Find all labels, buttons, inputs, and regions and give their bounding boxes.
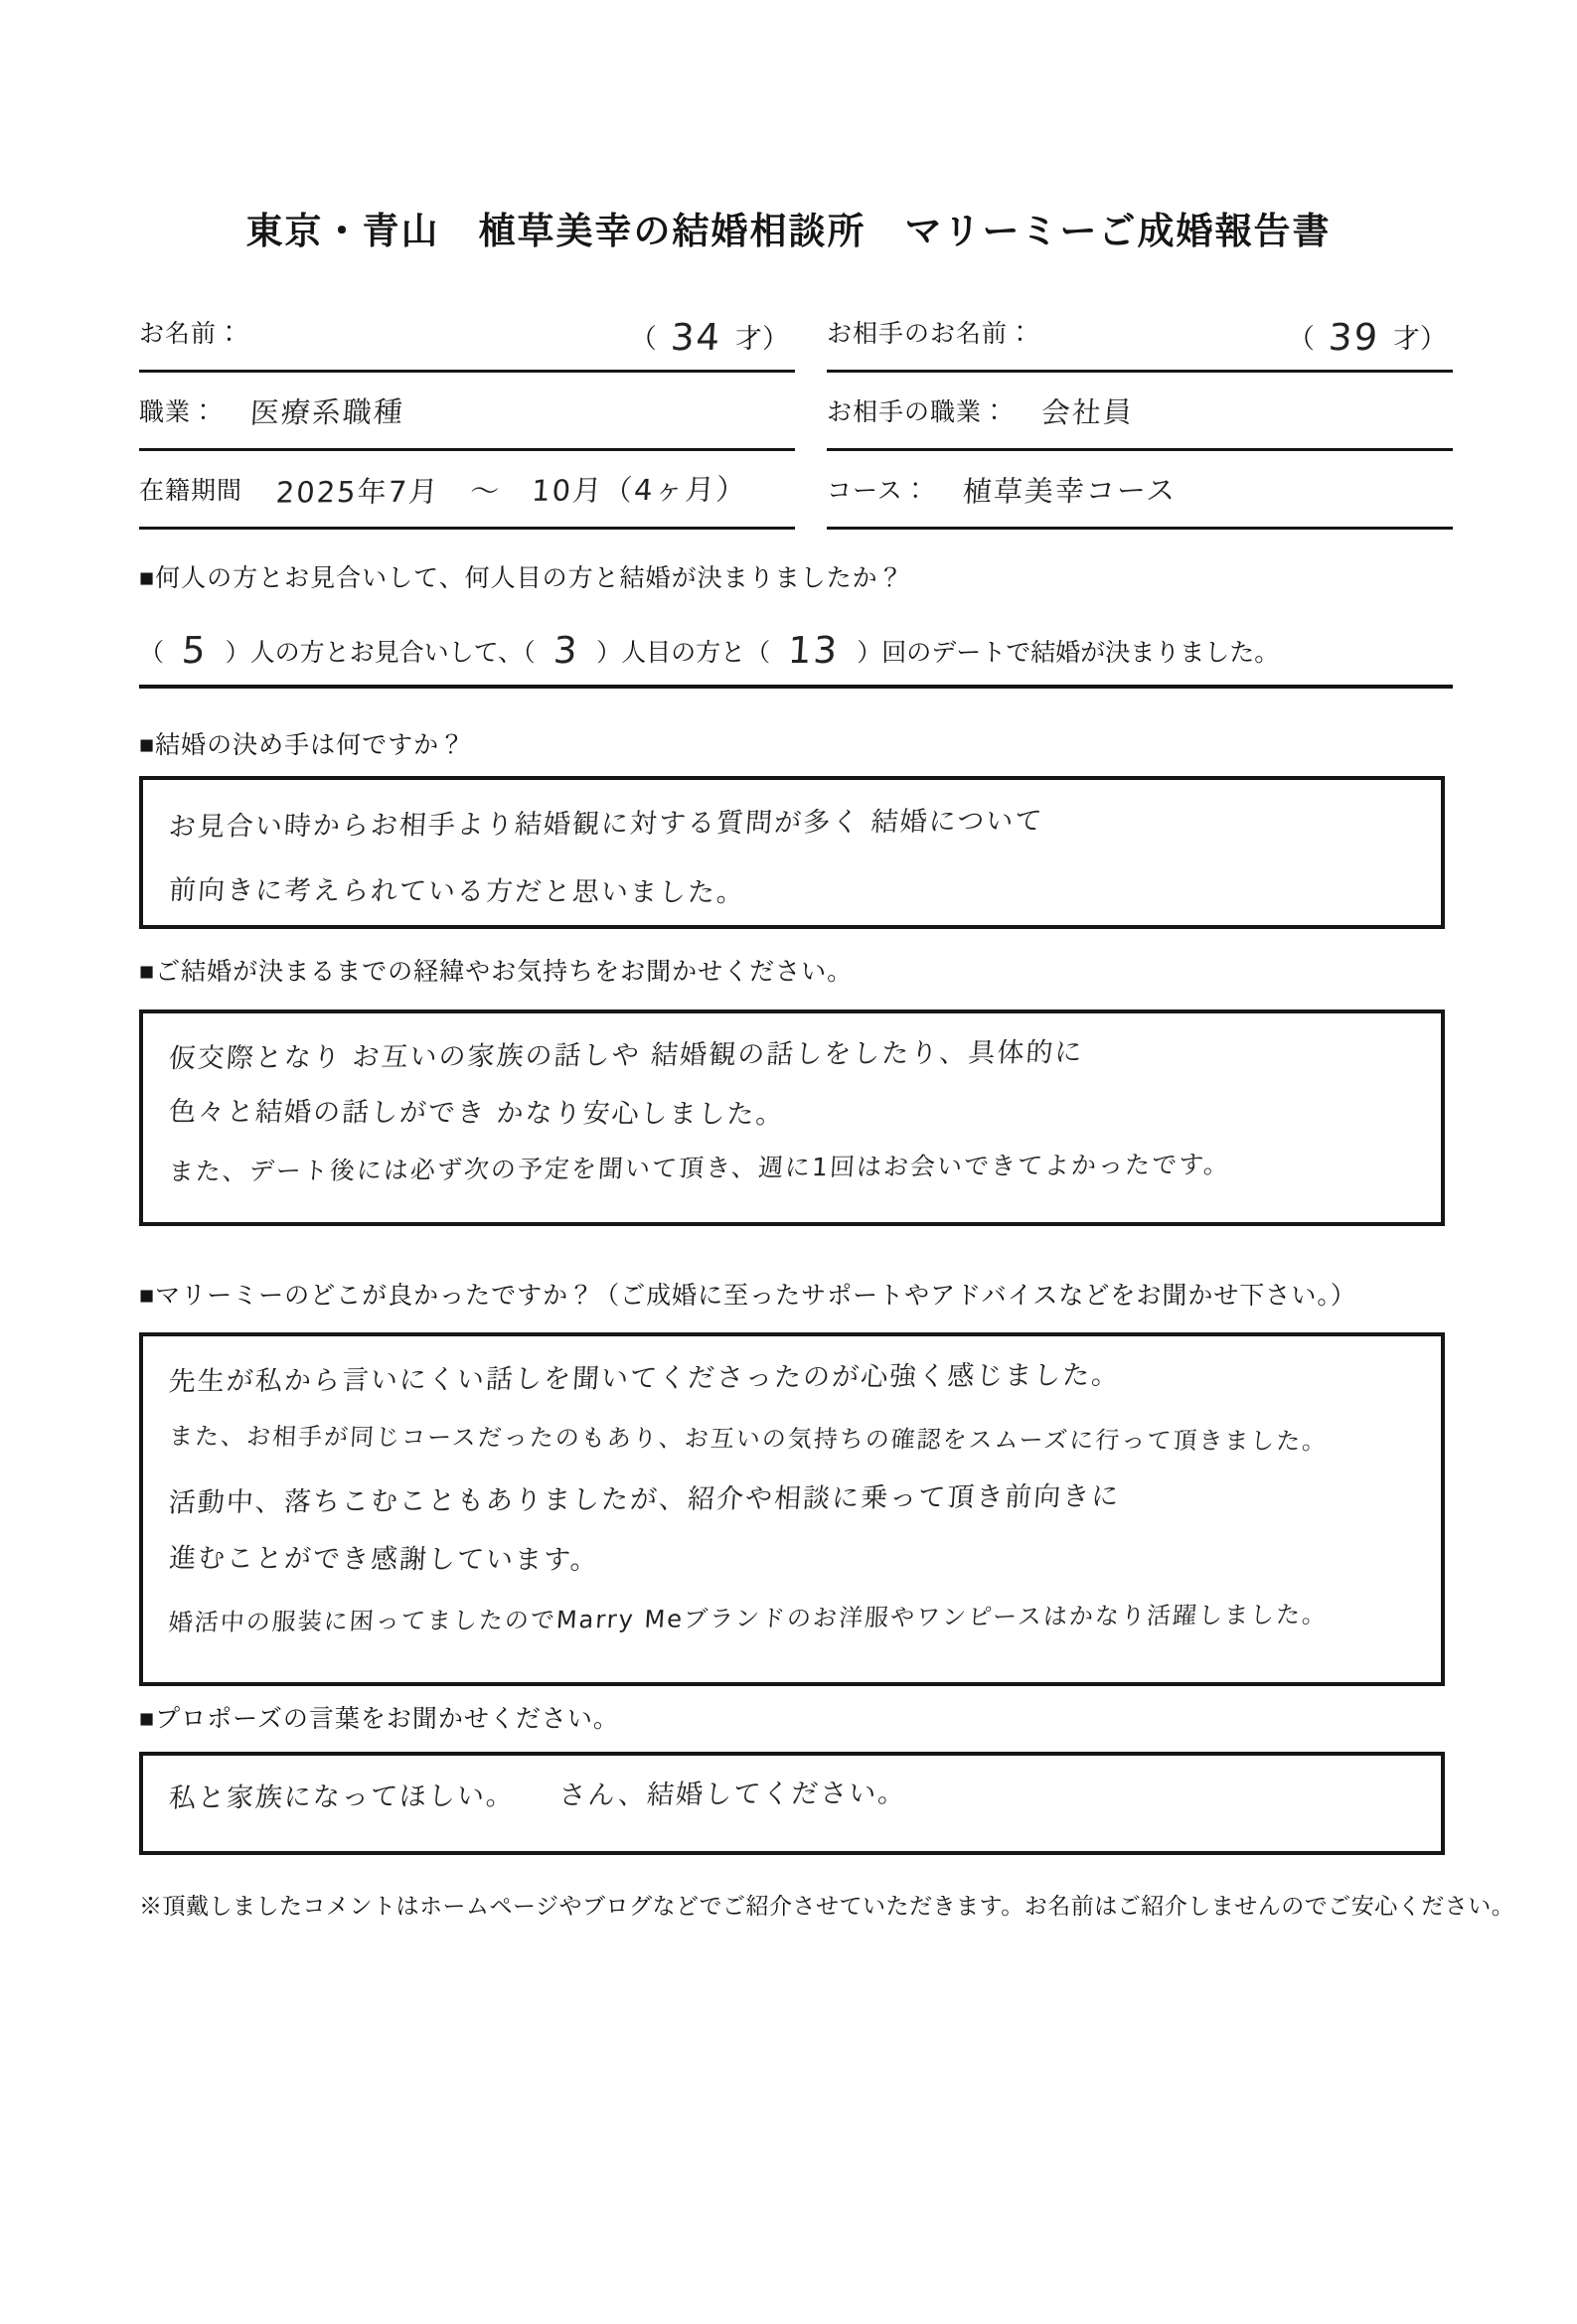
answer-box-deciding-factor: お見合い時からお相手より結婚観に対する質問が多く 結婚について 前向きに考えられ… (139, 776, 1445, 929)
handwritten-count-dates: 13 (787, 632, 840, 669)
handwritten-age: 39 (1328, 319, 1380, 356)
field-partner-name: お相手のお名前： （ 39 才） (827, 294, 1453, 373)
omiai-stats-line: （ 5 ）人の方とお見合いして、（ 3 ）人目の方と（ 13 ）回のデートで結婚… (139, 632, 1453, 689)
answer-line: お見合い時からお相手より結婚観に対する質問が多く 結婚について (168, 805, 1045, 845)
answer-line: 仮交際となり お互いの家族の話しや 結婚観の話しをしたり、具体的に (168, 1036, 1085, 1076)
stats-text: ）回のデートで結婚が決まりました。 (857, 633, 1279, 669)
question-heading-3: ■ご結婚が決まるまでの経緯やお気持ちをお聞かせください。 (139, 952, 853, 988)
answer-line: 先生が私から言いにくい話しを聞いてくださったのが心強く感じました。 (168, 1359, 1122, 1399)
stats-text: ）人目の方と（ (596, 633, 770, 669)
field-name: お名前： （ 34 才） (139, 294, 795, 373)
answer-line: 進むことができ感謝しています。 (168, 1542, 600, 1578)
handwritten-enrollment: 2025年7月 ～ 10月（4ヶ月） (275, 467, 748, 511)
answer-line: また、デート後には必ず次の予定を聞いて頂き、週に1回はお会いできてよかったです。 (168, 1149, 1231, 1187)
paren-open: （ (630, 317, 657, 356)
question-heading-1: ■何人の方とお見合いして、何人目の方と結婚が決まりましたか？ (139, 558, 904, 594)
handwritten-count-met: 5 (181, 632, 209, 669)
answer-box-marrymee-good-points: 先生が私から言いにくい話しを聞いてくださったのが心強く感じました。 また、お相手… (139, 1332, 1445, 1686)
field-occupation-label: 職業： (139, 392, 217, 428)
marriage-report-page: 東京・青山 植草美幸の結婚相談所 マリーミーご成婚報告書 お名前： （ 34 才… (0, 0, 1577, 2324)
field-enrollment-period: 在籍期間 2025年7月 ～ 10月（4ヶ月） (139, 451, 795, 530)
question-heading-5: ■プロポーズの言葉をお聞かせください。 (139, 1699, 619, 1735)
handwritten-count-person: 3 (552, 632, 579, 669)
paren-close: 才） (1393, 317, 1447, 356)
answer-line: 前向きに考えられている方だと思いました。 (168, 873, 746, 909)
stats-text: ）人の方とお見合いして、（ (226, 633, 536, 669)
handwritten-course: 植草美幸コース (961, 468, 1178, 511)
question-heading-4: ■マリーミーのどこが良かったですか？（ご成婚に至ったサポートやアドバイスなどをお… (139, 1276, 1356, 1312)
field-name-age: （ 34 才） (630, 317, 789, 356)
field-enrollment-label: 在籍期間 (139, 471, 242, 507)
answer-line: また、お相手が同じコースだったのもあり、お互いの気持ちの確認をスムーズに行って頂… (168, 1421, 1329, 1456)
paren-open: （ (1288, 317, 1315, 356)
field-partner-occupation-label: お相手の職業： (827, 392, 1008, 428)
paren-close: 才） (735, 317, 789, 356)
footer-note: ※頂戴しましたコメントはホームページやブログなどでご紹介させていただきます。お名… (139, 1888, 1453, 1921)
field-name-label: お名前： (139, 314, 242, 350)
question-heading-2: ■結婚の決め手は何ですか？ (139, 725, 465, 761)
answer-line: 私と家族になってほしい。 さん、結婚してください。 (168, 1777, 908, 1815)
handwritten-partner-occupation: 会社員 (1040, 389, 1136, 431)
field-course: コース： 植草美幸コース (827, 451, 1453, 530)
profile-form: お名前： （ 34 才） お相手のお名前： （ 39 才） 職業： 医療系職種 (139, 294, 1453, 530)
answer-line: 婚活中の服装に困ってましたのでMarry Meブランドのお洋服やワンピースはかな… (168, 1600, 1329, 1637)
handwritten-age: 34 (670, 319, 722, 356)
answer-line: 色々と結婚の話しができ かなり安心しました。 (168, 1095, 785, 1131)
field-partner-name-label: お相手のお名前： (827, 314, 1033, 350)
field-occupation: 職業： 医療系職種 (139, 373, 795, 451)
answer-box-proposal-words: 私と家族になってほしい。 さん、結婚してください。 (139, 1752, 1445, 1855)
answer-line: 活動中、落ちこむこともありましたが、紹介や相談に乗って頂き前向きに (168, 1479, 1122, 1519)
report-title: 東京・青山 植草美幸の結婚相談所 マリーミーご成婚報告書 (0, 201, 1577, 254)
field-partner-occupation: お相手の職業： 会社員 (827, 373, 1453, 451)
field-partner-name-age: （ 39 才） (1288, 317, 1447, 356)
field-course-label: コース： (827, 471, 929, 507)
answer-box-journey: 仮交際となり お互いの家族の話しや 結婚観の話しをしたり、具体的に 色々と結婚の… (139, 1009, 1445, 1226)
handwritten-occupation: 医療系職種 (249, 389, 406, 431)
stats-text: （ (139, 633, 164, 669)
